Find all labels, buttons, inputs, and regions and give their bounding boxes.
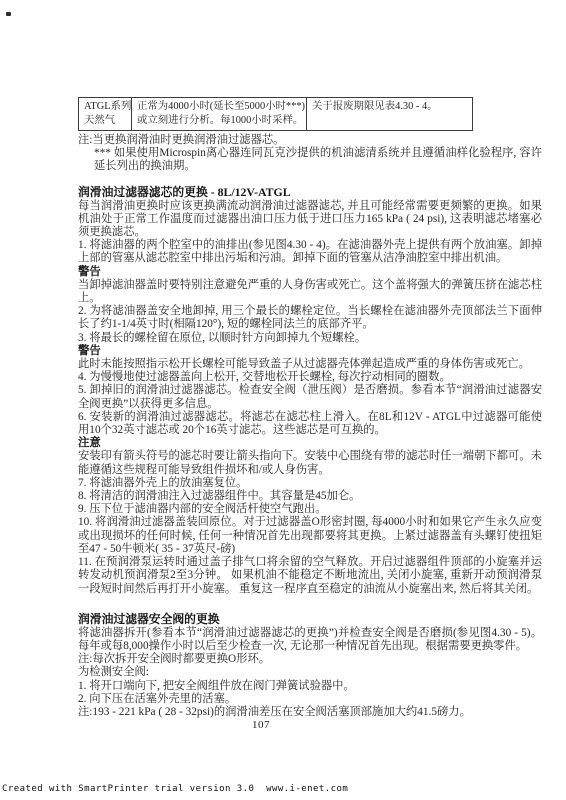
body-paragraph: 为检测安全阀: bbox=[78, 666, 542, 679]
body-paragraph: 5. 卸掉旧的润滑油过滤器滤芯。检查安全阀（泄压阀）是否磨损。参看本节“润滑油过… bbox=[78, 384, 542, 410]
limit-reference-cell: 关于报废期限见表4.30 - 4。 bbox=[306, 98, 472, 130]
body-paragraph: 1. 将开口端向下, 把安全阀组件放在阀门弹簧试验器中。 bbox=[78, 680, 542, 693]
body-paragraph: 11. 在预润滑泵运转时通过盖子排气口将余留的空气释放。开启过滤器组件顶部的小旋… bbox=[78, 556, 542, 596]
body-paragraph: 将滤油器拆开(参看本节“润滑油过滤器滤芯的更换”)并检查安全阀是否磨损(参见图4… bbox=[78, 627, 542, 653]
engine-series-cell: ATGL系列 天然气 bbox=[79, 98, 131, 130]
body-paragraph: 注:每次拆开安全阀时都要更换O形环。 bbox=[78, 653, 542, 666]
section: 润滑油过滤器安全阀的更换将滤油器拆开(参看本节“润滑油过滤器滤芯的更换”)并检查… bbox=[78, 612, 542, 719]
body-paragraph: 每当润滑油更换时应该更换满流动润滑油过滤器滤芯, 并且可能经常需要更频繁的更换。… bbox=[78, 200, 542, 240]
section-heading: 润滑油过滤器滤芯的更换 - 8L/12V-ATGL bbox=[78, 185, 542, 199]
interval-line: 或立刻进行分析。每1000小时采样。 bbox=[137, 114, 301, 128]
body-paragraph: 1. 将滤油器的两个腔室中的油排出(参见图4.30 - 4)。在滤油器外壳上提供… bbox=[78, 239, 542, 265]
engine-series-line: 天然气 bbox=[84, 114, 126, 128]
interval-cell: 正常为4000小时(延长至5000小时***) 或立刻进行分析。每1000小时采… bbox=[131, 98, 306, 130]
body-paragraph: 安装印有箭头符号的滤芯时要让箭头指向下。安装中心围绕有带的滤芯时任一端朝下都可。… bbox=[78, 450, 542, 476]
body-paragraph: 此时未能按照指示松开长螺栓可能导致盖子从过滤器壳体弹起造成严重的身体伤害或死亡。 bbox=[78, 358, 542, 371]
table-note: 注:当更换润滑油时更换润滑油过滤器芯。 bbox=[78, 134, 542, 147]
body-paragraph: 10. 将润滑油过滤器盖装回原位。对于过滤器盖O形密封圈, 每4000小时和如果… bbox=[78, 516, 542, 556]
engine-series-line: ATGL系列 bbox=[84, 100, 126, 114]
section-heading: 润滑油过滤器安全阀的更换 bbox=[78, 612, 542, 626]
footnote: *** 如果使用Microspin离心器连同瓦克沙提供的机油滤清系统并且遵循油样… bbox=[78, 147, 542, 173]
section: 润滑油过滤器滤芯的更换 - 8L/12V-ATGL每当润滑油更换时应该更换满流动… bbox=[78, 185, 542, 596]
limit-reference-line: 关于报废期限见表4.30 - 4。 bbox=[312, 100, 467, 114]
page-content: ATGL系列 天然气 正常为4000小时(延长至5000小时***) 或立刻进行… bbox=[78, 97, 542, 719]
manual-page: ATGL系列 天然气 正常为4000小时(延长至5000小时***) 或立刻进行… bbox=[0, 0, 566, 800]
body-paragraph: 6. 安装新的润滑油过滤器滤芯。将滤芯在滤芯柱上滑入。在8L和12V - ATG… bbox=[78, 411, 542, 437]
body-paragraph: 注:193 - 221 kPa ( 28 - 32psi)的润滑油差压在安全阀活… bbox=[78, 706, 542, 719]
body-paragraph: 8. 将清洁的润滑油注入过滤器组件中。其容量是45加仑。 bbox=[78, 490, 542, 503]
sections-container: 润滑油过滤器滤芯的更换 - 8L/12V-ATGL每当润滑油更换时应该更换满流动… bbox=[78, 185, 542, 720]
body-paragraph: 9. 压下位于滤油器内部的安全阀活杆使空气跑出。 bbox=[78, 503, 542, 516]
table-notes: 注:当更换润滑油时更换润滑油过滤器芯。*** 如果使用Microspin离心器连… bbox=[78, 134, 542, 174]
admonition-heading: 警告 bbox=[78, 266, 542, 279]
admonition-heading: 警告 bbox=[78, 345, 542, 358]
interval-line: 正常为4000小时(延长至5000小时***) bbox=[137, 100, 301, 114]
body-paragraph: 7. 将滤油器外壳上的放油塞复位。 bbox=[78, 477, 542, 490]
body-paragraph: 2. 向下压在活塞外壳里的活塞。 bbox=[78, 693, 542, 706]
body-paragraph: 2. 为将滤油器盖安全地卸掉, 用三个最长的螺栓定位。当长螺栓在滤油器外壳顶部法… bbox=[78, 305, 542, 331]
admonition-heading: 注意 bbox=[78, 437, 542, 450]
watermark-footer: Created with SmartPrinter trial version … bbox=[2, 784, 348, 794]
body-paragraph: 3. 将最长的螺栓留在原位, 以顺时针方向卸掉九个短螺栓。 bbox=[78, 332, 542, 345]
oil-change-interval-table: ATGL系列 天然气 正常为4000小时(延长至5000小时***) 或立刻进行… bbox=[78, 97, 473, 131]
page-number: 107 bbox=[241, 719, 281, 731]
body-paragraph: 当卸掉滤油器盖时要特别注意避免严重的人身伤害或死亡。这个盖将强大的弹簧压挤在滤芯… bbox=[78, 279, 542, 305]
body-paragraph: 4. 为慢慢地使过滤器盖向上松开, 交替地松开长螺栓, 每次拧动相同的圈数。 bbox=[78, 371, 542, 384]
scan-artifact bbox=[6, 12, 11, 16]
